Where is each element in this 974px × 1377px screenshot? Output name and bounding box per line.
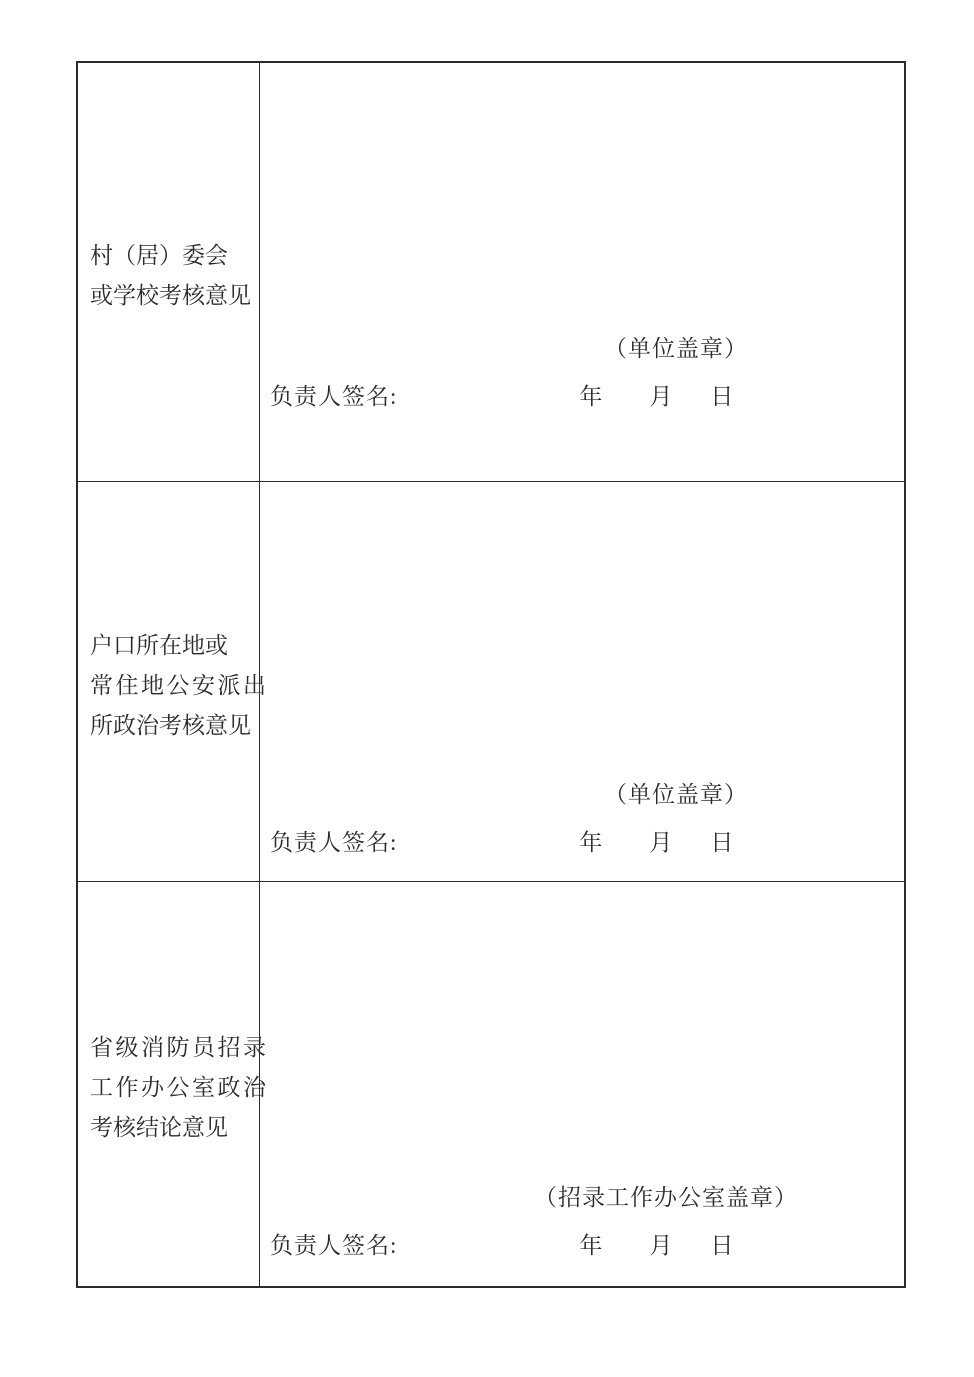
document-page: 村（居）委会 或学校考核意见 （单位盖章） 负责人签名: 年 月 日 户口所在地…: [0, 0, 974, 1377]
content-cell-recruitment-office: （招录工作办公室盖章） 负责人签名: 年 月 日: [260, 882, 904, 1286]
office-stamp-note: （招录工作办公室盖章）: [260, 1178, 904, 1218]
signature-line: 负责人签名: 年 月 日: [260, 1226, 904, 1266]
label-cell-recruitment-office: 省级消防员招录 工作办公室政治 考核结论意见: [78, 882, 260, 1286]
date-day-label: 日: [710, 823, 733, 863]
signer-label: 负责人签名:: [270, 1226, 397, 1266]
date-month-label: 月: [649, 377, 672, 417]
date-month-label: 月: [649, 823, 672, 863]
label-line: 户口所在地或: [90, 626, 259, 666]
content-cell-village-committee: （单位盖章） 负责人签名: 年 月 日: [260, 63, 904, 481]
signature-line: 负责人签名: 年 月 日: [260, 823, 904, 863]
label-cell-police-station: 户口所在地或 常住地公安派出 所政治考核意见: [78, 482, 260, 881]
label-line: 常住地公安派出: [90, 666, 259, 706]
form-row-recruitment-office: 省级消防员招录 工作办公室政治 考核结论意见 （招录工作办公室盖章） 负责人签名…: [78, 882, 904, 1286]
label-line: 村（居）委会: [90, 236, 259, 276]
label-line: 或学校考核意见: [90, 276, 259, 316]
label-line: 考核结论意见: [90, 1108, 259, 1148]
signature-line: 负责人签名: 年 月 日: [260, 377, 904, 417]
form-row-police-station: 户口所在地或 常住地公安派出 所政治考核意见 （单位盖章） 负责人签名: 年 月…: [78, 482, 904, 882]
label-line: 省级消防员招录: [90, 1028, 259, 1068]
unit-stamp-note: （单位盖章）: [260, 329, 904, 369]
form-row-village-committee: 村（居）委会 或学校考核意见 （单位盖章） 负责人签名: 年 月 日: [78, 63, 904, 482]
political-review-form-table: 村（居）委会 或学校考核意见 （单位盖章） 负责人签名: 年 月 日 户口所在地…: [76, 61, 906, 1288]
label-line: 工作办公室政治: [90, 1068, 259, 1108]
signer-label: 负责人签名:: [270, 377, 397, 417]
date-year-label: 年: [579, 823, 602, 863]
date-day-label: 日: [710, 1226, 733, 1266]
date-year-label: 年: [579, 1226, 602, 1266]
unit-stamp-note: （单位盖章）: [260, 775, 904, 815]
date-day-label: 日: [710, 377, 733, 417]
content-cell-police-station: （单位盖章） 负责人签名: 年 月 日: [260, 482, 904, 881]
date-year-label: 年: [579, 377, 602, 417]
date-month-label: 月: [649, 1226, 672, 1266]
signer-label: 负责人签名:: [270, 823, 397, 863]
label-cell-village-committee: 村（居）委会 或学校考核意见: [78, 63, 260, 481]
label-line: 所政治考核意见: [90, 706, 259, 746]
